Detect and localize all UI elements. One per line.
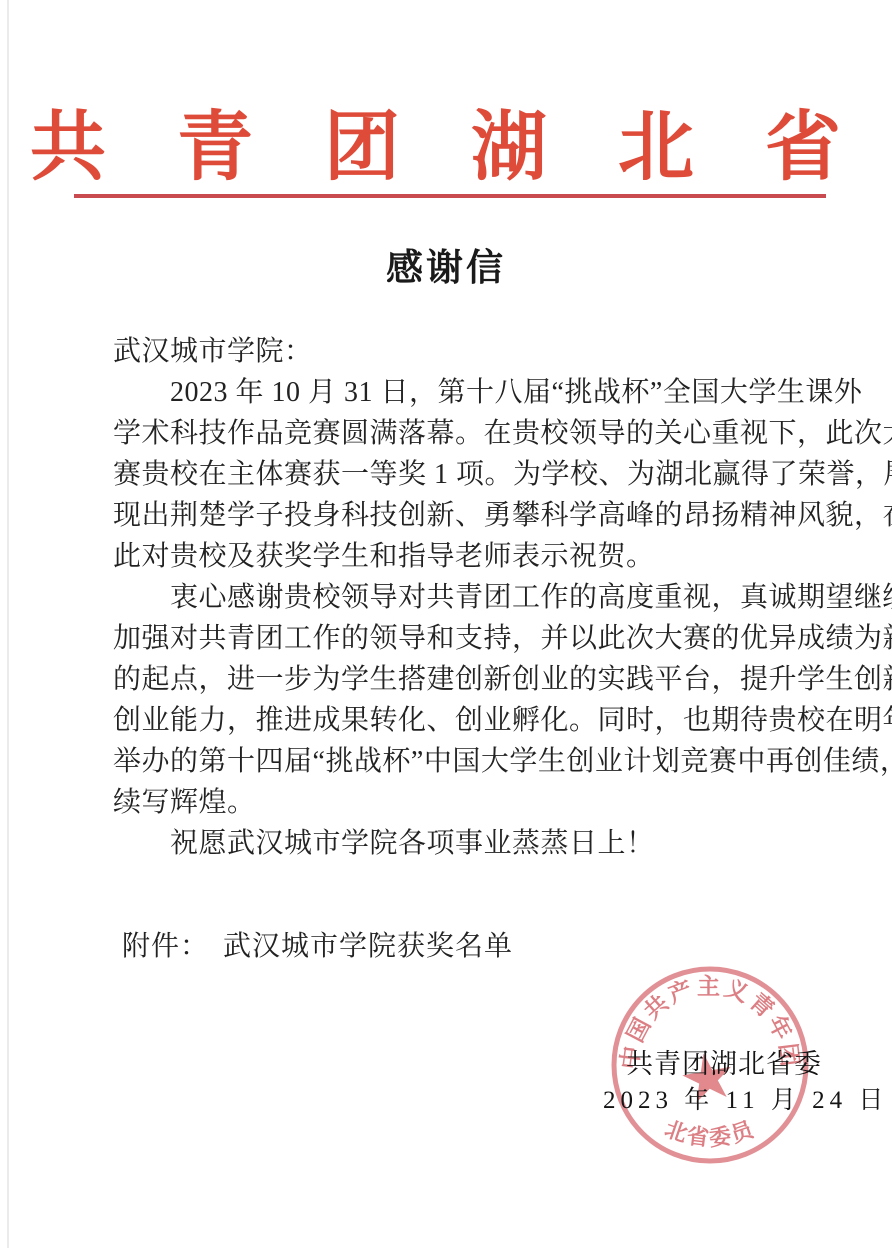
letter-body-line: 祝愿武汉城市学院各项事业蒸蒸日上！ <box>113 823 819 864</box>
letter-body-line: 此对贵校及获奖学生和指导老师表示祝贺。 <box>113 536 819 577</box>
letter-page: 共 青 团 湖 北 省 委 感谢信 武汉城市学院： 2023 年 10 月 31… <box>0 0 892 1248</box>
attachment-text: 武汉城市学院获奖名单 <box>223 931 513 962</box>
letter-body-line: 续写辉煌。 <box>113 782 819 823</box>
letterhead-rule <box>74 194 826 198</box>
letter-body-line: 2023 年 10 月 31 日，第十八届“挑战杯”全国大学生课外 <box>113 372 819 413</box>
salutation: 武汉城市学院： <box>113 331 819 372</box>
letter-body-line: 衷心感谢贵校领导对共青团工作的高度重视，真诚期望继续 <box>113 577 819 618</box>
letter-body-line: 举办的第十四届“挑战杯”中国大学生创业计划竞赛中再创佳绩， <box>113 741 819 782</box>
letter-body-line: 学术科技作品竞赛圆满落幕。在贵校领导的关心重视下，此次大 <box>113 413 819 454</box>
letter-body-line: 加强对共青团工作的领导和支持，并以此次大赛的优异成绩为新 <box>113 618 819 659</box>
letter-body: 武汉城市学院： 2023 年 10 月 31 日，第十八届“挑战杯”全国大学生课… <box>113 331 819 864</box>
signature-date: 2023 年 11 月 24 日 <box>603 1080 888 1116</box>
letter-paragraphs: 2023 年 10 月 31 日，第十八届“挑战杯”全国大学生课外学术科技作品竞… <box>113 372 819 864</box>
attachment-label: 附件： <box>122 931 209 962</box>
signature-org: 共青团湖北省委 <box>626 1042 822 1081</box>
letterhead-org-name: 共 青 团 湖 北 省 委 <box>0 86 892 195</box>
letter-title: 感谢信 <box>0 237 892 291</box>
letter-body-line: 创业能力，推进成果转化、创业孵化。同时，也期待贵校在明年 <box>113 700 819 741</box>
letter-body-line: 的起点，进一步为学生搭建创新创业的实践平台，提升学生创新 <box>113 659 819 700</box>
attachment-line: 附件：武汉城市学院获奖名单 <box>122 924 513 964</box>
letter-body-line: 现出荆楚学子投身科技创新、勇攀科学高峰的昂扬精神风貌，在 <box>113 495 819 536</box>
letter-body-line: 赛贵校在主体赛获一等奖 1 项。为学校、为湖北赢得了荣誉，展 <box>113 454 819 495</box>
